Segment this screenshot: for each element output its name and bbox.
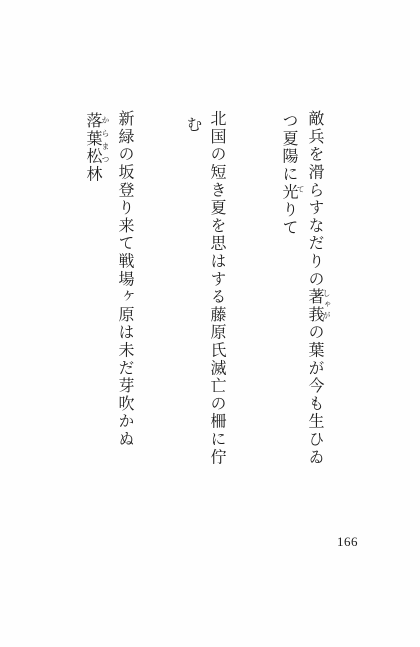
poem-2-line-2: む (184, 116, 200, 134)
poem-1-furigana-te: て (296, 185, 304, 193)
poem-1-line-1: 敵兵を滑らすなだりの著莪の葉が今も生ひゐ (306, 110, 322, 466)
poem-1-furigana-shaga: しゃが (322, 289, 330, 322)
poem-3-furigana-karamatsu: からまつ (101, 116, 109, 168)
book-page: 敵兵を滑らすなだりの著莪の葉が今も生ひゐ しゃが つ夏陽に光りて て 北国の短き… (0, 0, 420, 647)
poem-3-line-1: 新緑の坂登り来て戦場ヶ原は未だ芽吹かぬ (116, 110, 132, 448)
poem-1-line-2: つ夏陽に光りて (280, 112, 296, 237)
page-number: 166 (337, 534, 358, 550)
poem-3-line-2: 落葉松林 (84, 112, 100, 183)
poem-2-line-1: 北国の短き夏を思はする藤原氏滅亡の柵に佇 (208, 110, 224, 466)
